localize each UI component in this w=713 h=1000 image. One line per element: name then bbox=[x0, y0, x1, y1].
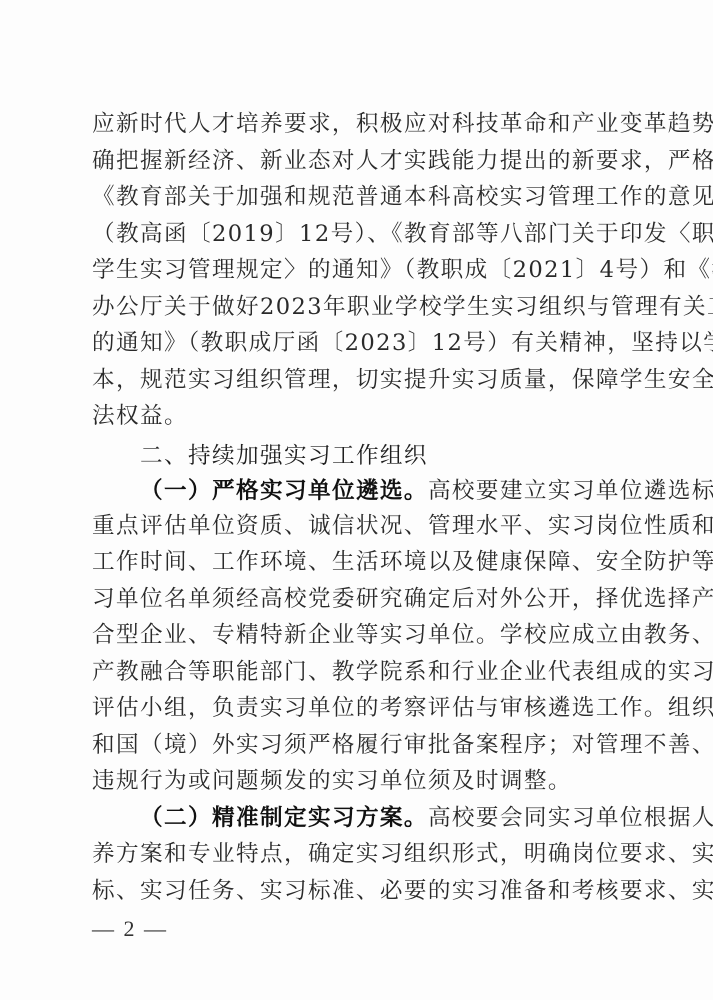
document-page: 应新时代人才培养要求，积极应对科技革命和产业变革趋势，准 确把握新经济、新业态对… bbox=[0, 0, 713, 1000]
body-line: 确把握新经济、新业态对人才实践能力提出的新要求，严格执行 bbox=[92, 147, 622, 175]
body-line: 的通知》（教职成厅函〔2023〕12号）有关精神，坚持以学生为 bbox=[92, 329, 622, 357]
body-line: 工作时间、工作环境、生活环境以及健康保障、安全防护等。实 bbox=[92, 548, 622, 576]
body-line: （教高函〔2019〕12号）、《教育部等八部门关于印发〈职业学校 bbox=[92, 220, 622, 248]
body-line: 合型企业、专精特新企业等实习单位。学校应成立由教务、学工、 bbox=[92, 621, 622, 649]
subsection-1-title: （一）严格实习单位遴选。 bbox=[140, 478, 428, 504]
body-line: 办公厅关于做好2023年职业学校学生实习组织与管理有关工作 bbox=[92, 293, 622, 321]
body-line: 评估小组，负责实习单位的考察评估与审核遴选工作。组织省外 bbox=[92, 694, 622, 722]
body-line: 本，规范实习组织管理，切实提升实习质量，保障学生安全和合 bbox=[92, 366, 622, 394]
subsection-1-first-line: （一）严格实习单位遴选。高校要建立实习单位遴选标准， bbox=[140, 477, 622, 505]
subsection-2-title: （二）精准制定实习方案。 bbox=[140, 805, 428, 831]
subsection-2-text: 高校要会同实习单位根据人才培 bbox=[428, 805, 713, 831]
body-line: 应新时代人才培养要求，积极应对科技革命和产业变革趋势，准 bbox=[92, 110, 622, 138]
body-line: 法权益。 bbox=[92, 402, 622, 430]
subsection-2-first-line: （二）精准制定实习方案。高校要会同实习单位根据人才培 bbox=[140, 804, 622, 832]
body-line: 违规行为或问题频发的实习单位须及时调整。 bbox=[92, 767, 622, 795]
body-line: 重点评估单位资质、诚信状况、管理水平、实习岗位性质和内容、 bbox=[92, 512, 622, 540]
body-line: 学生实习管理规定〉的通知》（教职成〔2021〕4号）和《教育部 bbox=[92, 256, 622, 284]
body-line: 《教育部关于加强和规范普通本科高校实习管理工作的意见》 bbox=[92, 183, 622, 211]
body-line: 习单位名单须经高校党委研究确定后对外公开，择优选择产教融 bbox=[92, 585, 622, 613]
body-line: 养方案和专业特点，确定实习组织形式，明确岗位要求、实习目 bbox=[92, 840, 622, 868]
page-number: — 2 — bbox=[92, 916, 168, 942]
body-line: 产教融合等职能部门、教学院系和行业企业代表组成的实习单位 bbox=[92, 658, 622, 686]
section-heading: 二、持续加强实习工作组织 bbox=[140, 442, 622, 470]
subsection-1-text: 高校要建立实习单位遴选标准， bbox=[428, 478, 713, 504]
body-line: 和国（境）外实习须严格履行审批备案程序；对管理不善、存在 bbox=[92, 731, 622, 759]
body-line: 标、实习任务、实习标准、必要的实习准备和考核要求、实施实 bbox=[92, 877, 622, 905]
